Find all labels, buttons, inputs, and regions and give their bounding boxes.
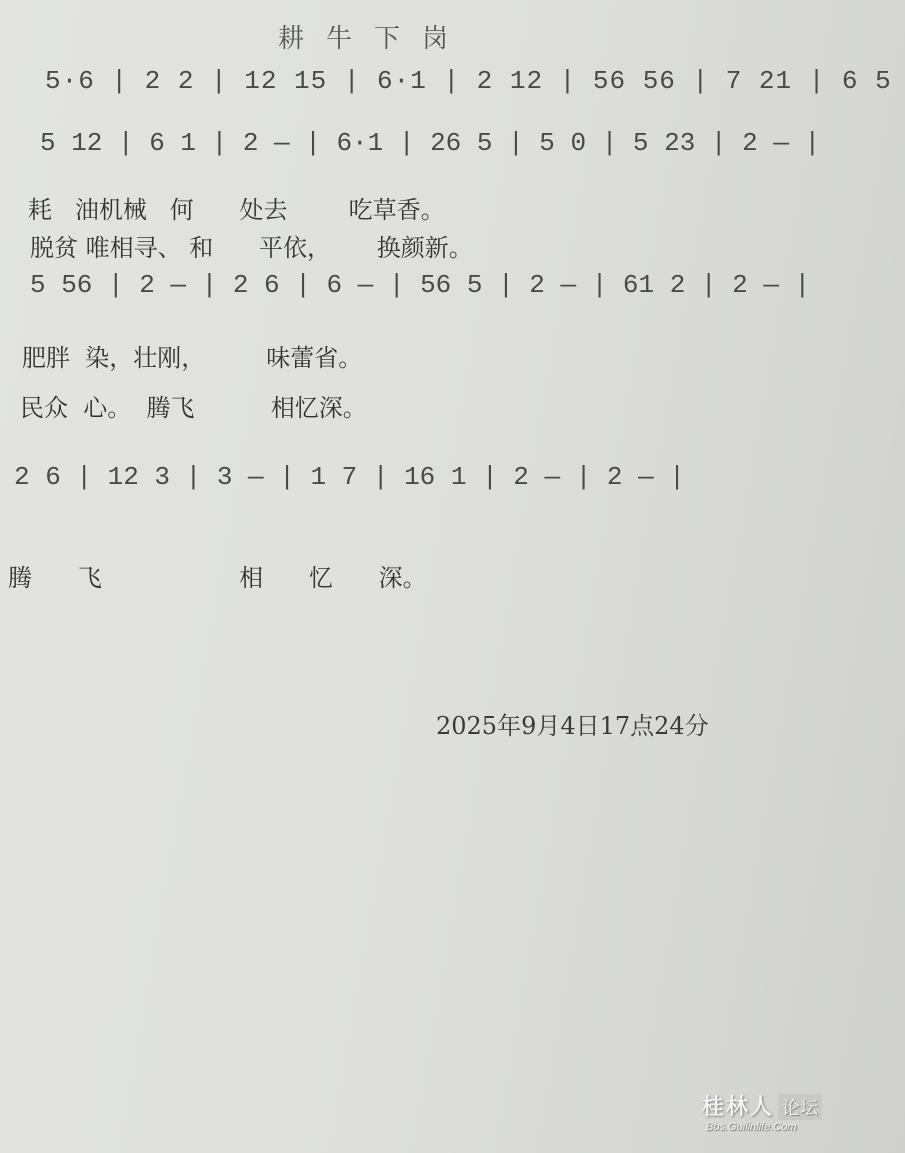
date-signature: 2025年9月4日17点24分 [436, 706, 709, 741]
handwritten-sheet: 耕牛下岗 5·6 | 2 2 | 12 15 | 6·1 | 2 12 | 56… [0, 0, 905, 1153]
song-title: 耕牛下岗 [278, 18, 470, 55]
lyric-line-3: 肥胖 染，壮刚， 味蕾省。 [22, 338, 362, 373]
lyric-line-2: 脱贫 唯相寻、 和 平依， 换颜新。 [30, 228, 473, 263]
lyric-line-4: 民众 心。 腾飞 相忆深。 [20, 388, 367, 423]
notation-line-3: 5 56 | 2 — | 2 6 | 6 — | 56 5 | 2 — | 61… [30, 270, 810, 300]
forum-watermark: 桂林人论坛 Bbs.Guilinlife.Com [702, 1090, 822, 1133]
lyric-line-1: 耗 油机械 何 处去 吃草香。 [28, 190, 445, 225]
watermark-url: Bbs.Guilinlife.Com [706, 1121, 822, 1133]
lyric-line-5: 腾 飞 相 忆 深。 [8, 558, 427, 593]
notation-line-4: 2 6 | 12 3 | 3 — | 1 7 | 16 1 | 2 — | 2 … [14, 462, 685, 492]
watermark-badge: 论坛 [778, 1094, 822, 1120]
notation-line-1: 5·6 | 2 2 | 12 15 | 6·1 | 2 12 | 56 56 |… [45, 66, 905, 96]
watermark-logo-text: 桂林人 [702, 1094, 774, 1120]
notation-line-2: 5 12 | 6 1 | 2 — | 6·1 | 26 5 | 5 0 | 5 … [40, 128, 820, 158]
